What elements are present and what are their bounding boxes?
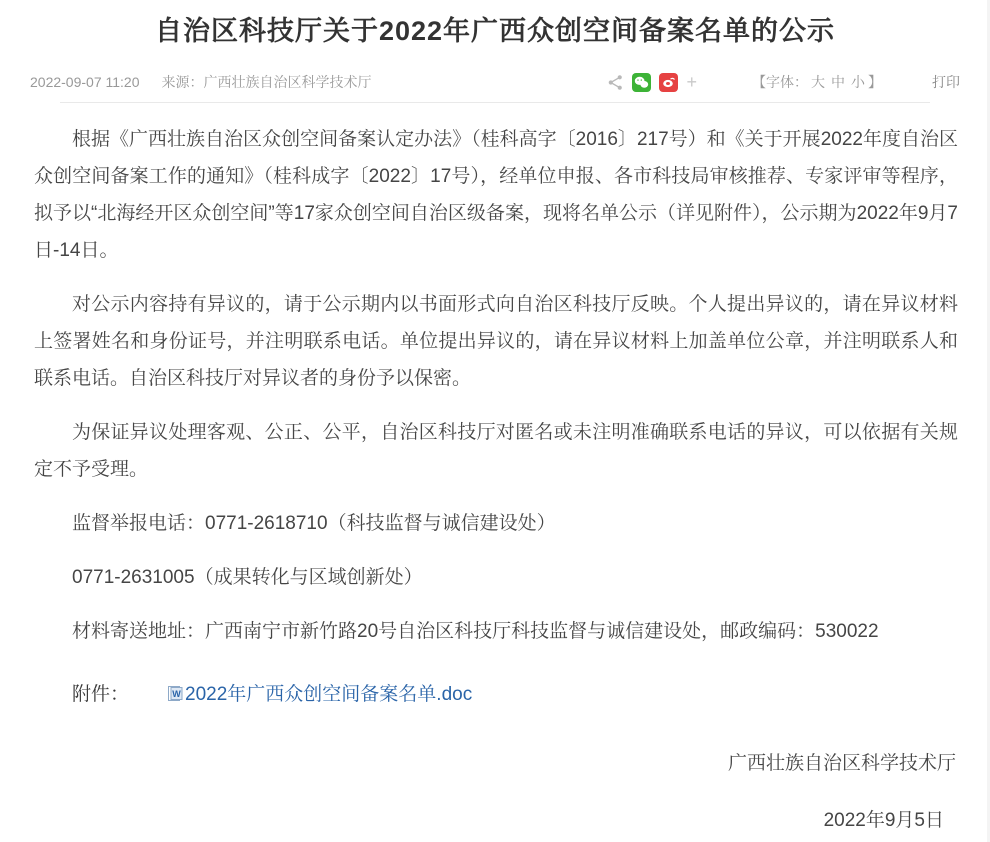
svg-text:W: W <box>172 689 181 699</box>
article-header: 自治区科技厅关于2022年广西众创空间备案名单的公示 2022-09-07 11… <box>0 0 990 103</box>
paragraph-basis: 根据《广西壮族自治区众创空间备案认定办法》（桂科高字〔2016〕217号）和《关… <box>34 121 958 269</box>
font-size-small-button[interactable]: 小 <box>851 74 865 90</box>
attachment-link[interactable]: W 2022年广西众创空间备案名单.doc <box>129 684 472 705</box>
share-icon[interactable] <box>607 74 624 91</box>
font-size-large-button[interactable]: 大 <box>811 74 825 90</box>
font-size-bracket-close: 】 <box>868 74 882 90</box>
paragraph-fairness: 为保证异议处理客观、公正、公平，自治区科技厅对匿名或未注明准确联系电话的异议，可… <box>34 414 958 488</box>
paragraph-hotline-2: 0771-2631005（成果转化与区域创新处） <box>34 559 958 596</box>
page-title: 自治区科技厅关于2022年广西众创空间备案名单的公示 <box>30 14 960 48</box>
paragraph-mailing-address: 材料寄送地址：广西南宁市新竹路20号自治区科技厅科技监督与诚信建设处，邮政编码：… <box>34 613 958 650</box>
attachment-label: 附件： <box>72 684 129 705</box>
weibo-share-icon[interactable] <box>659 73 678 92</box>
font-size-bracket-open: 【字体： <box>752 74 808 90</box>
print-button[interactable]: 打印 <box>932 72 960 92</box>
font-size-control: 【字体：大中小】 <box>752 72 882 92</box>
meta-left: 2022-09-07 11:20 来源：广西壮族自治区科学技术厅 <box>30 72 372 92</box>
word-doc-icon: W <box>129 678 183 715</box>
publish-datetime: 2022-09-07 11:20 <box>30 74 140 90</box>
meta-right: + 【字体：大中小】 打印 <box>607 72 960 92</box>
paragraph-objection: 对公示内容持有异议的，请于公示期内以书面形式向自治区科技厅反映。个人提出异议的，… <box>34 286 958 397</box>
source-text: 来源：广西壮族自治区科学技术厅 <box>162 72 372 92</box>
font-size-medium-button[interactable]: 中 <box>831 74 845 90</box>
notice-page: 自治区科技厅关于2022年广西众创空间备案名单的公示 2022-09-07 11… <box>0 0 990 842</box>
wechat-share-icon[interactable] <box>632 73 651 92</box>
attachment-row: 附件： W 2022年广西众创空间备案名单.doc <box>34 676 958 715</box>
share-group: + <box>607 73 697 92</box>
attachment-link-text: 2022年广西众创空间备案名单.doc <box>185 684 472 705</box>
meta-row: 2022-09-07 11:20 来源：广西壮族自治区科学技术厅 <box>30 72 960 92</box>
issuer-signature: 广西壮族自治区科学技术厅 <box>34 745 958 782</box>
article-body: 根据《广西壮族自治区众创空间备案认定办法》（桂科高字〔2016〕217号）和《关… <box>0 103 990 839</box>
paragraph-hotline-1: 监督举报电话：0771-2618710（科技监督与诚信建设处） <box>34 505 958 542</box>
more-share-icon[interactable]: + <box>686 73 697 92</box>
issue-date: 2022年9月5日 <box>34 802 958 839</box>
